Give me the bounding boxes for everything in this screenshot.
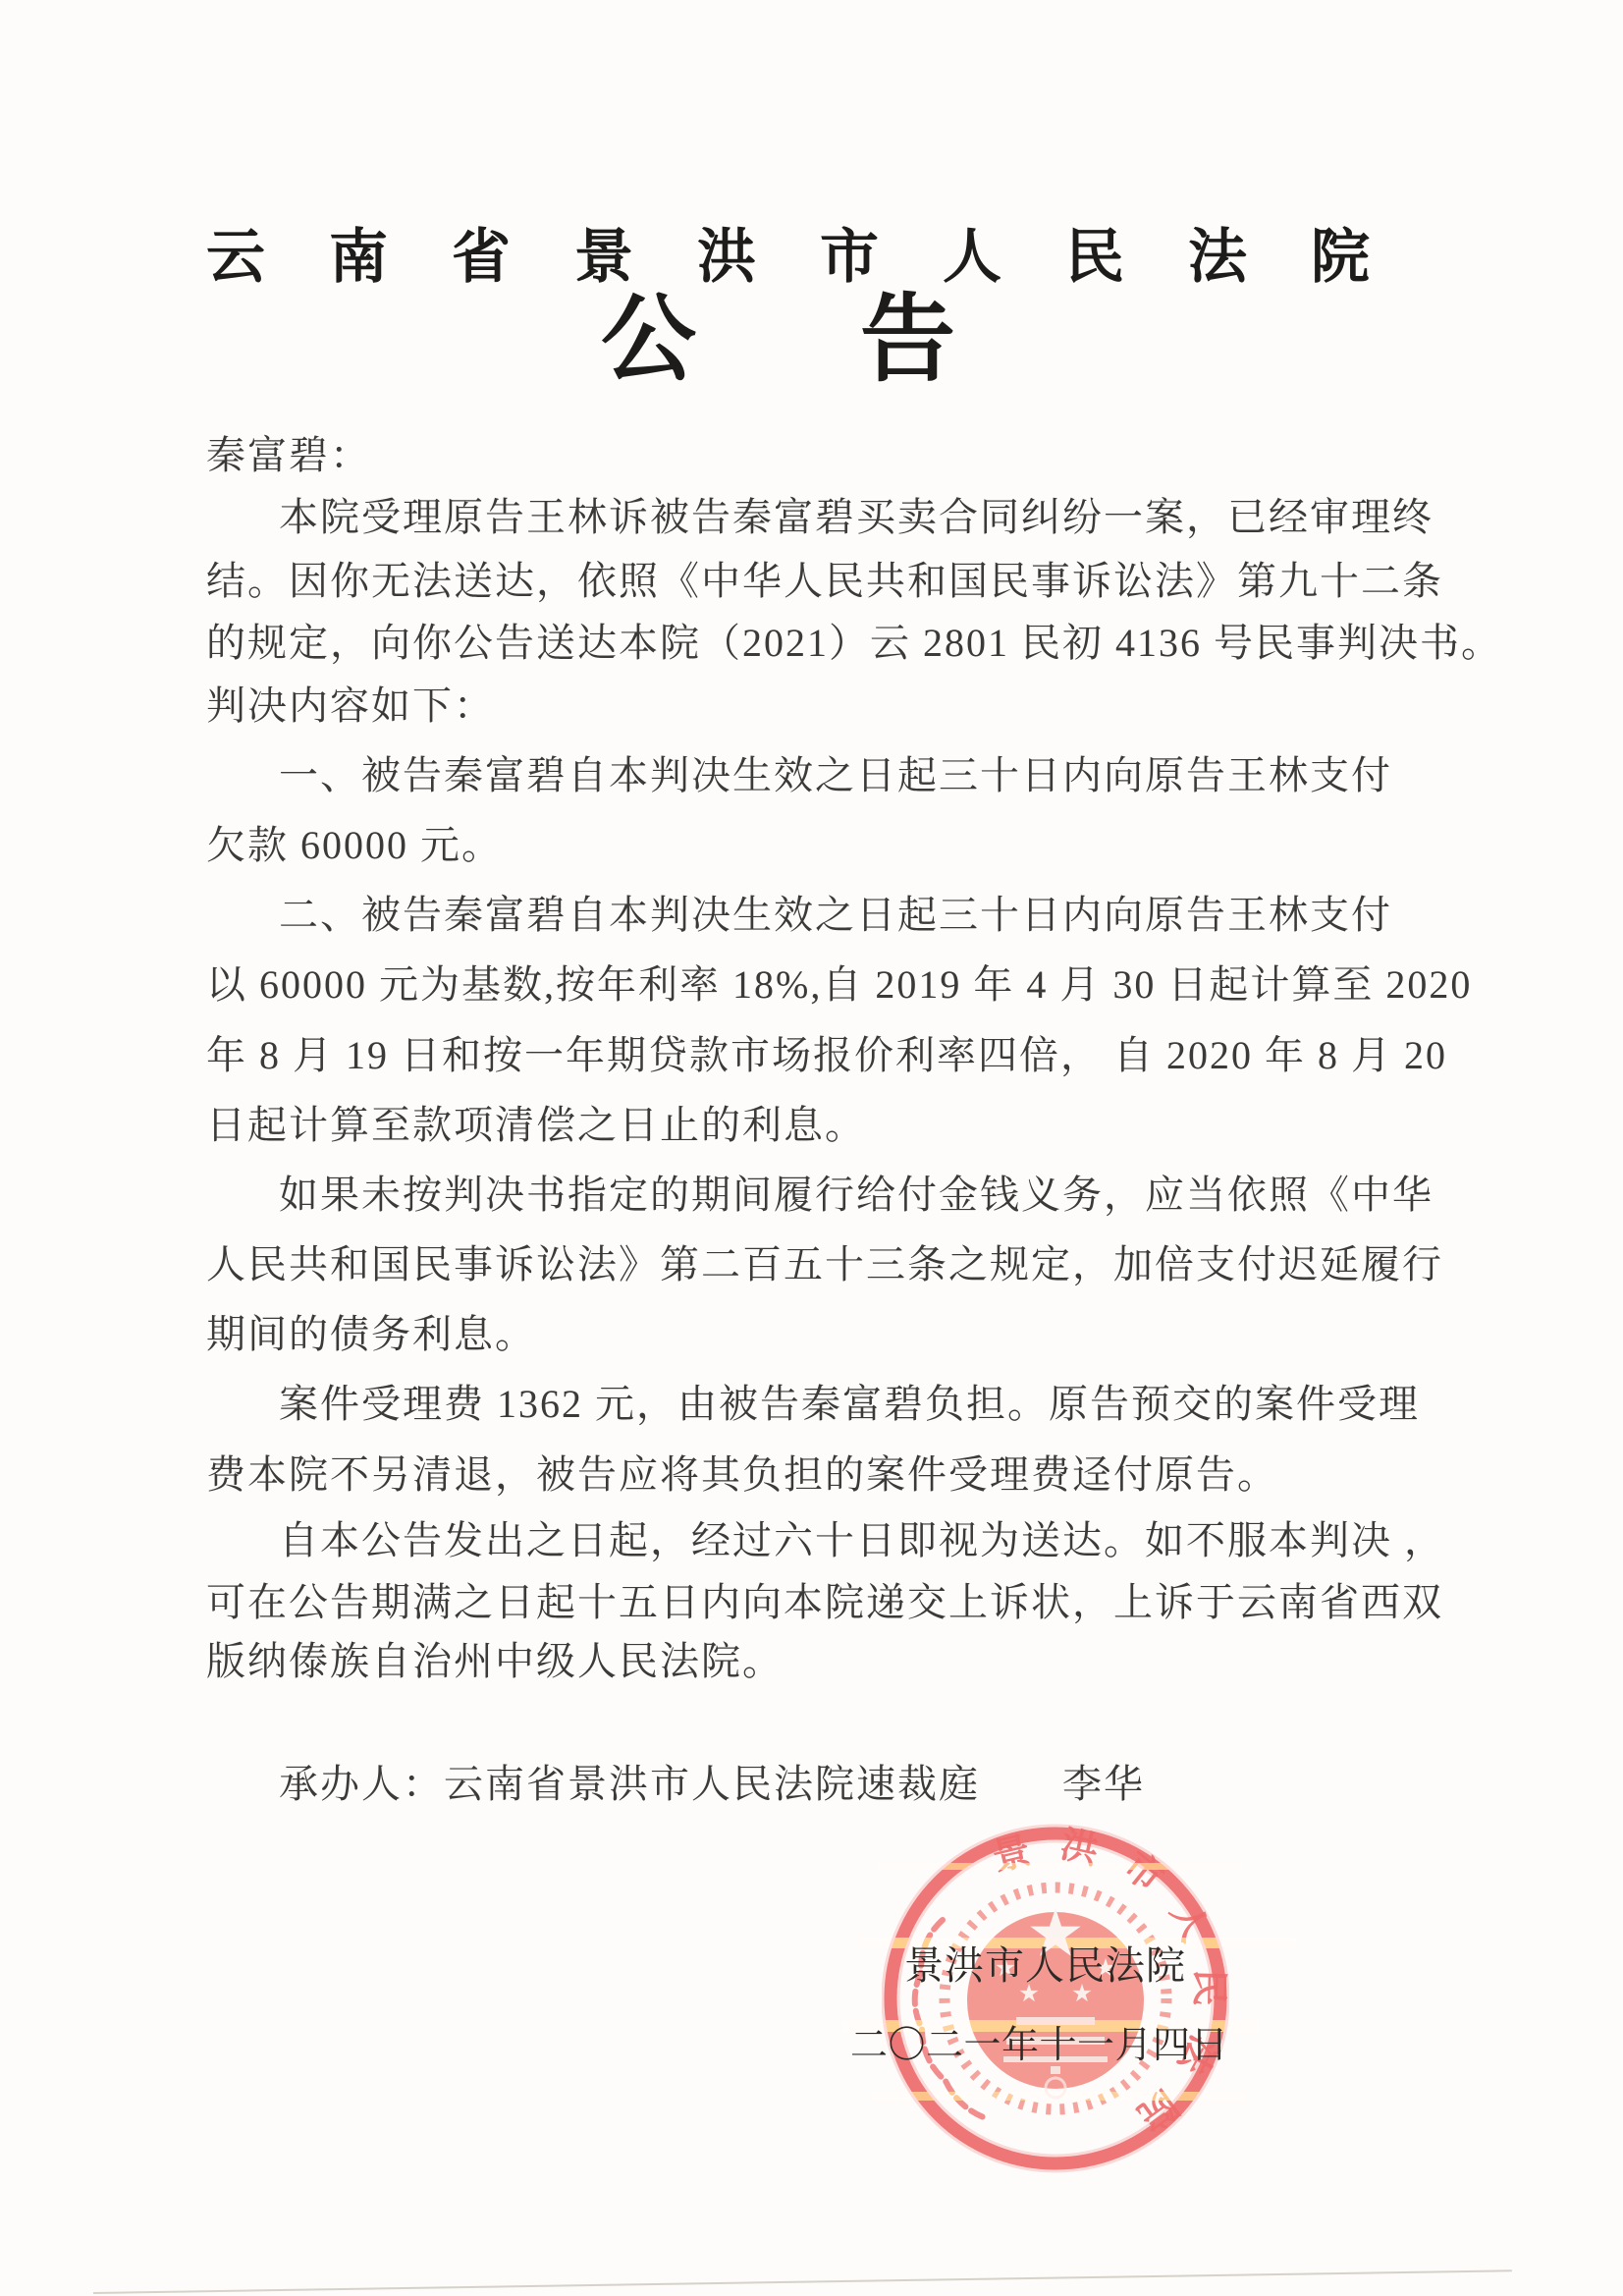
- doc-type-title: 公告: [601, 293, 1119, 388]
- text-line: 一、被告秦富碧自本判决生效之日起三十日内向原告王林支付: [206, 754, 1614, 798]
- scan-streak: [877, 1863, 1242, 1870]
- text-line: 判决内容如下：: [206, 684, 1542, 729]
- court-announcement-page: 云南省景洪市人民法院 公告 秦富碧：本院受理原告王林诉被告秦富碧买卖合同纠纷一案…: [0, 0, 1623, 2296]
- text-line: 结。因你无法送达，依照《中华人民共和国民事诉讼法》第九十二条: [206, 560, 1542, 604]
- court-seal: 景洪市人民法院: [882, 1823, 1229, 2178]
- signature-date: 二〇二一年十一月四日: [850, 2027, 1228, 2064]
- text-line: 可在公告期满之日起十五日内向本院递交上诉状，上诉于云南省西双: [206, 1581, 1542, 1625]
- text-line: 本院受理原告王林诉被告秦富碧买卖合同纠纷一案，已经审理终: [206, 496, 1614, 540]
- text-line: 版纳傣族自治州中级人民法院。: [206, 1640, 1542, 1684]
- text-line: 费本院不另清退，被告应将其负担的案件受理费迳付原告。: [206, 1453, 1542, 1498]
- scan-edge-line: [93, 2269, 1512, 2294]
- page-title: 云南省景洪市人民法院: [206, 228, 1434, 287]
- china-national-emblem-icon: 景洪市人民法院: [882, 1823, 1229, 2178]
- text-line: 的规定，向你公告送达本院（2021）云 2801 民初 4136 号民事判决书。: [206, 622, 1542, 666]
- scan-streak: [872, 2092, 1245, 2101]
- signature-court-name: 景洪市人民法院: [904, 1946, 1186, 1986]
- text-line: 期间的债务利息。: [206, 1313, 1542, 1357]
- text-line: 人民共和国民事诉讼法》第二百五十三条之规定，加倍支付迟延履行: [206, 1243, 1542, 1287]
- text-line: 年 8 月 19 日和按一年期贷款市场报价利率四倍， 自 2020 年 8 月 …: [206, 1034, 1542, 1078]
- text-line: 自本公告发出之日起，经过六十日即视为送达。如不服本判决 ，: [206, 1519, 1614, 1563]
- text-line: 二、被告秦富碧自本判决生效之日起三十日内向原告王林支付: [206, 894, 1614, 938]
- text-line: 如果未按判决书指定的期间履行给付金钱义务，应当依照《中华: [206, 1174, 1614, 1218]
- text-line: 日起计算至款项清偿之日止的利息。: [206, 1104, 1542, 1148]
- text-line: 以 60000 元为基数,按年利率 18%,自 2019 年 4 月 30 日起…: [206, 963, 1542, 1008]
- text-line: 欠款 60000 元。: [206, 824, 1542, 868]
- handler-line: 承办人：云南省景洪市人民法院速裁庭 李华: [279, 1763, 1145, 1807]
- text-line: 秦富碧：: [206, 434, 1542, 478]
- text-line: 案件受理费 1362 元，由被告秦富碧负担。原告预交的案件受理: [206, 1383, 1614, 1427]
